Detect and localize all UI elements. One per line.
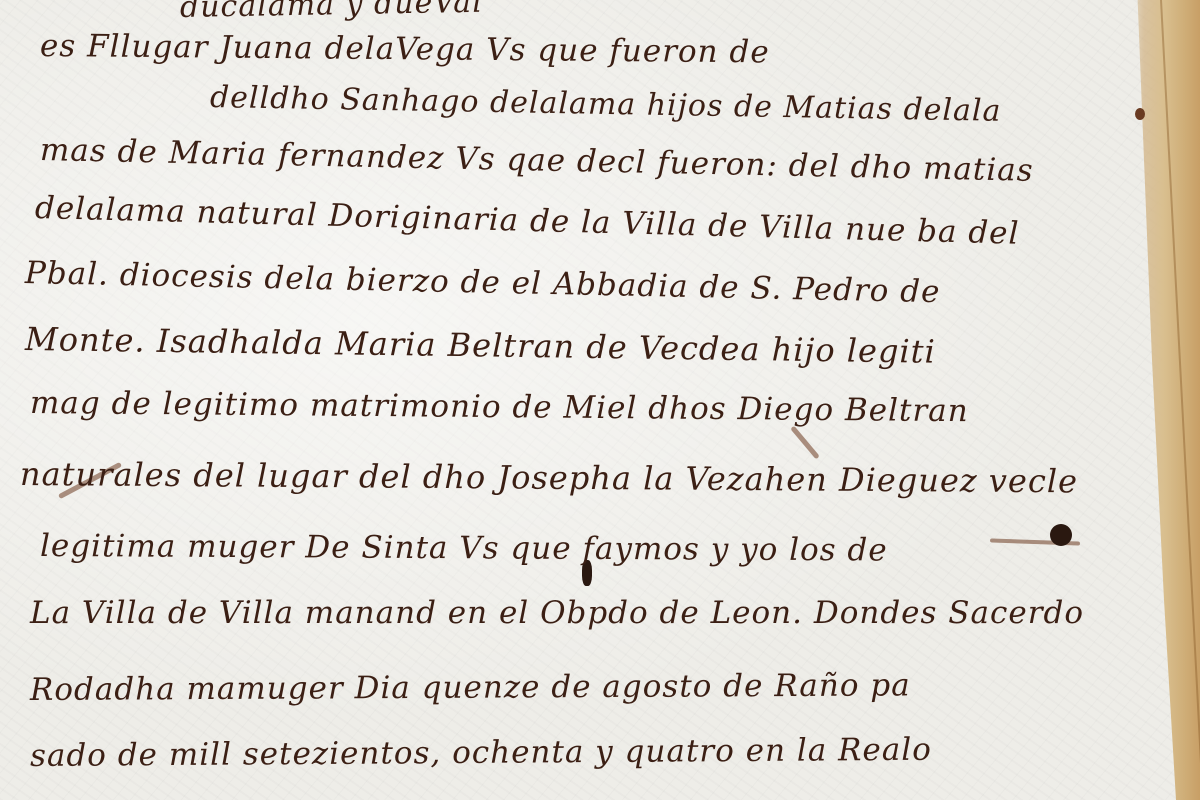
manuscript-line: La Villa de Villa manand en el Obpdo de … (30, 595, 1084, 631)
ink-streak (790, 426, 820, 460)
manuscript-line: mas de Maria fernandez Vs qae decl fuero… (40, 132, 1034, 189)
manuscript-line: Rodadha mamuger Dia quenze de agosto de … (30, 667, 911, 708)
manuscript-line: es Fllugar Juana delaVega Vs que fueron … (40, 28, 770, 70)
manuscript-page: ducalama y dueVaies Fllugar Juana delaVe… (0, 0, 1200, 800)
manuscript-line: naturales del lugar del dho Josepha la V… (20, 455, 1078, 500)
ink-blot (1050, 524, 1072, 546)
manuscript-line: Pbal. diocesis dela bierzo de el Abbadia… (25, 255, 941, 310)
manuscript-line: sado de mill setezientos, ochenta y quat… (30, 732, 932, 774)
manuscript-line: mag de legitimo matrimonio de Miel dhos … (30, 385, 969, 429)
manuscript-line: delalama natural Doriginaria de la Villa… (35, 190, 1020, 252)
manuscript-line: delldho Sanhago delalama hijos de Matias… (210, 80, 1002, 129)
paper-edge (1120, 0, 1200, 800)
ink-stain (1135, 108, 1145, 120)
manuscript-line: ducalama y dueVai (180, 0, 483, 25)
manuscript-line: Monte. Isadhalda Maria Beltran de Vecdea… (25, 320, 936, 371)
manuscript-line: legitima muger De Sinta Vs que faymos y … (40, 528, 888, 568)
